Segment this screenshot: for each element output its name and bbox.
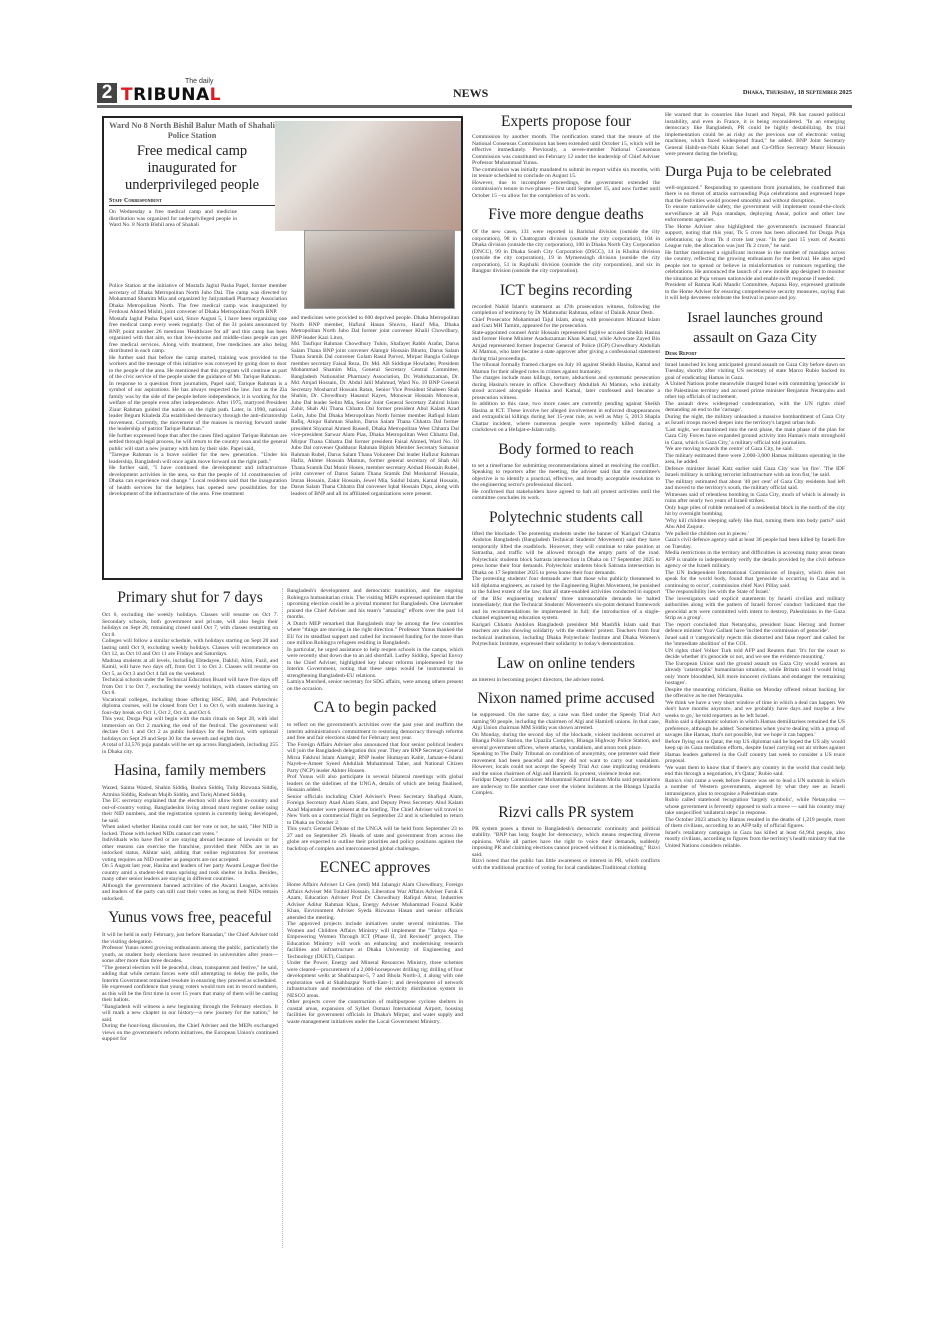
polytechnic-headline[interactable]: Polytechnic students call — [472, 508, 660, 527]
masthead-rule — [97, 105, 852, 108]
ecnec-body: Home Affairs Adviser Lt Gen (retd) Md Ja… — [287, 882, 463, 1025]
ict-body: recorded Nahid Islam's statement as 47th… — [472, 304, 660, 434]
yunus-continuation: Bangladesh's development and democratic … — [287, 588, 463, 692]
right-column: He warned that in countries like Israel … — [665, 112, 845, 849]
body-formed-body: to set a timeframe for submitting recomm… — [472, 463, 660, 502]
primary-body: Oct 6, excluding the weekly holidays. Cl… — [102, 612, 278, 755]
lead-intro: On Wednesday a free medical camp and med… — [109, 209, 237, 229]
lead-header: Ward No 8 North Bishil Balur Math of Sha… — [109, 121, 287, 229]
lead-column-1: Police Station at the initiative of Most… — [109, 283, 287, 498]
newspaper-page: 2 The daily TRIBUNAL NEWS Dhaka, Thursda… — [97, 80, 852, 104]
lead-story-box: Ward No 8 North Bishil Balur Math of Sha… — [102, 116, 463, 580]
ecnec-headline[interactable]: ECNEC approves — [287, 858, 463, 877]
center-column: Experts propose four Commission by anoth… — [472, 112, 660, 871]
nixon-body: be suppressed. On the same day, a case w… — [472, 712, 660, 797]
dateline: Dhaka, Thursday, 18 September 2025 — [743, 89, 852, 96]
dengue-headline[interactable]: Five more dengue deaths — [472, 205, 660, 224]
israel-headline[interactable]: Israel launches ground assault on Gaza C… — [675, 308, 835, 348]
logo-tagline: The daily — [185, 78, 213, 85]
speech-photo[interactable] — [304, 230, 455, 309]
lead-byline: Staff Correspondent — [109, 198, 275, 206]
lower-middle-column: Bangladesh's development and democratic … — [287, 588, 463, 1025]
yunus-body: It will be held in early February, just … — [102, 932, 278, 1043]
masthead: 2 The daily TRIBUNAL NEWS Dhaka, Thursda… — [97, 80, 852, 104]
section-title: NEWS — [453, 86, 488, 101]
lower-left-column: Primary shut for 7 days Oct 6, excluding… — [102, 588, 278, 1043]
experts-headline[interactable]: Experts propose four — [472, 112, 660, 131]
lead-headline[interactable]: Free medical camp inaugurated for underp… — [109, 143, 275, 194]
rizvi-headline[interactable]: Rizvi calls PR system — [472, 803, 660, 822]
logo-wordmark: TRIBUNAL — [121, 85, 221, 105]
israel-body: Israel launched its long anticipated gro… — [665, 362, 845, 850]
page-number: 2 — [97, 83, 117, 103]
body-formed-headline[interactable]: Body formed to reach — [472, 440, 660, 459]
experts-body: Commission by another month. The notific… — [472, 134, 660, 199]
ict-headline[interactable]: ICT begins recording — [472, 281, 660, 300]
online-tenders-headline[interactable]: Law on online tenders — [472, 654, 660, 673]
medical-camp-photo[interactable] — [275, 121, 461, 231]
primary-headline[interactable]: Primary shut for 7 days — [102, 588, 278, 607]
yunus-headline[interactable]: Yunus vows free, peaceful — [102, 908, 278, 927]
ca-body: to reflect on the government's activitie… — [287, 722, 463, 852]
hasina-headline[interactable]: Hasina, family members — [102, 761, 278, 780]
online-tenders-body: an interest in becoming project director… — [472, 677, 660, 684]
durga-headline[interactable]: Durga Puja to be celebrated — [665, 163, 845, 181]
durga-body: well-organized." Responding to questions… — [665, 185, 845, 302]
lead-column-2: and medicines were provided to 600 depri… — [291, 315, 459, 497]
dengue-body: Of the new cases, 131 were reported in B… — [472, 229, 660, 275]
polytechnic-body: lifted the blockade. The protesting stud… — [472, 531, 660, 648]
israel-byline: Desk Report — [665, 351, 845, 359]
nixon-headline[interactable]: Nixon named prime accused — [472, 689, 660, 708]
ca-headline[interactable]: CA to begin packed — [287, 698, 463, 717]
rizvi-body: PR system poses a threat to Bangladesh's… — [472, 826, 660, 872]
lead-kicker: Ward No 8 North Bishil Balur Math of Sha… — [109, 121, 275, 141]
column-divider — [282, 588, 283, 1248]
hasina-body: Wazed, Saima Wazed, Shahin Siddiq, Bushr… — [102, 785, 278, 902]
pr-continuation: He warned that in countries like Israel … — [665, 112, 845, 158]
